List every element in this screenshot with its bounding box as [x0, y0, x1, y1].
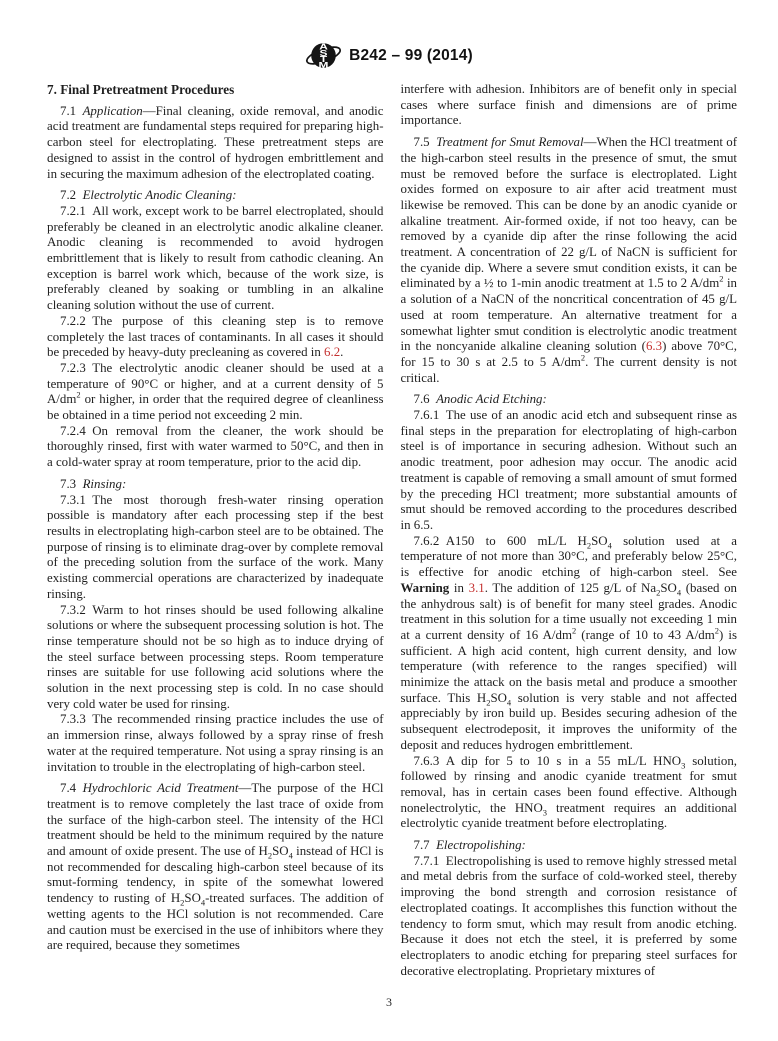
paragraph: 7.3.3 The recommended rinsing practice i… — [47, 712, 384, 775]
subsection-heading: 7.7 Electropolishing: — [401, 838, 738, 854]
text-run: 7.2 — [60, 188, 83, 202]
text-run: 7.3.3 The recommended rinsing practice i… — [47, 712, 384, 773]
text-run: 7.3.1 The most thorough fresh-water rins… — [47, 493, 384, 601]
text-run: Rinsing: — [83, 477, 127, 491]
text-run: . — [340, 345, 343, 359]
paragraph: 7.4 Hydrochloric Acid Treatment—The purp… — [47, 781, 384, 954]
paragraph: 7.3.2 Warm to hot rinses should be used … — [47, 603, 384, 713]
text-run: 7. Final Pretreatment Procedures — [47, 82, 234, 97]
paragraph: 7.6.2 A150 to 600 mL/L H2SO4 solution us… — [401, 534, 738, 754]
text-run: Anodic Acid Etching: — [436, 392, 547, 406]
text-run: Electrolytic Anodic Cleaning: — [83, 188, 237, 202]
text-run: or higher, in order that the required de… — [47, 392, 384, 422]
paragraph: 7.2.3 The electrolytic anodic cleaner sh… — [47, 361, 384, 424]
text-run: Warning — [401, 581, 450, 595]
text-run: Electropolishing: — [436, 838, 526, 852]
document-header: A S T M B242 – 99 (2014) — [0, 0, 778, 71]
two-column-body: 7. Final Pretreatment Procedures7.1 Appl… — [0, 82, 778, 979]
text-run: SO — [490, 691, 506, 705]
text-run: 7.2.1 All work, except work to be barrel… — [47, 204, 384, 312]
paragraph: 7.6.3 A dip for 5 to 10 s in a 55 mL/L H… — [401, 754, 738, 833]
standard-designation: B242 – 99 (2014) — [349, 47, 473, 65]
text-run: . The addition of 125 g/L of Na — [485, 581, 656, 595]
text-run: 7.4 — [60, 781, 83, 795]
section-ref-link[interactable]: 6.2 — [324, 345, 340, 359]
text-run: SO — [184, 891, 200, 905]
section-ref-link[interactable]: 6.3 — [646, 339, 662, 353]
text-run: 7.7.1 Electropolishing is used to remove… — [401, 854, 738, 978]
text-run: 7.5 — [414, 135, 437, 149]
text-run: SO — [660, 581, 676, 595]
text-run: 7.6.1 The use of an anodic acid etch and… — [401, 408, 738, 532]
right-column: interfere with adhesion. Inhibitors are … — [401, 82, 738, 979]
paragraph: 7.2.2 The purpose of this cleaning step … — [47, 314, 384, 361]
paragraph: 7.7.1 Electropolishing is used to remove… — [401, 854, 738, 980]
paragraph: 7.1 Application—Final cleaning, oxide re… — [47, 104, 384, 183]
paragraph: 7.2.1 All work, except work to be barrel… — [47, 204, 384, 314]
subsection-heading: 7.3 Rinsing: — [47, 477, 384, 493]
paragraph: 7.6.1 The use of an anodic acid etch and… — [401, 408, 738, 534]
text-run: 7.3 — [60, 477, 83, 491]
left-column: 7. Final Pretreatment Procedures7.1 Appl… — [47, 82, 384, 979]
text-run: interfere with adhesion. Inhibitors are … — [401, 82, 738, 127]
astm-logo-icon: A S T M — [305, 40, 342, 71]
text-run: 7.6 — [414, 392, 437, 406]
paragraph: 7.2.4 On removal from the cleaner, the w… — [47, 424, 384, 471]
section-7-heading: 7. Final Pretreatment Procedures — [47, 82, 384, 98]
text-run: 7.6.2 A150 to 600 mL/L H — [414, 534, 587, 548]
text-run: in — [449, 581, 468, 595]
text-run: —When the HCl treatment of the high-carb… — [401, 135, 738, 290]
page-number: 3 — [0, 995, 778, 1010]
logo-letter: M — [319, 62, 329, 71]
text-run: 7.2.4 On removal from the cleaner, the w… — [47, 424, 384, 469]
document-page: A S T M B242 – 99 (2014) 7. Final Pretre… — [0, 0, 778, 1041]
text-run: 7.7 — [414, 838, 437, 852]
text-run: 7.1 — [60, 104, 83, 118]
text-run: Application — [83, 104, 143, 118]
text-run: SO — [272, 844, 288, 858]
subsection-heading: 7.6 Anodic Acid Etching: — [401, 392, 738, 408]
text-run: SO — [591, 534, 607, 548]
text-run: 7.3.2 Warm to hot rinses should be used … — [47, 603, 384, 711]
text-run: (range of 10 to 43 A/dm — [576, 628, 715, 642]
text-run: Treatment for Smut Removal — [436, 135, 584, 149]
paragraph: 7.5 Treatment for Smut Removal—When the … — [401, 135, 738, 386]
paragraph-continuation: interfere with adhesion. Inhibitors are … — [401, 82, 738, 129]
subsection-heading: 7.2 Electrolytic Anodic Cleaning: — [47, 188, 384, 204]
text-run: 7.6.3 A dip for 5 to 10 s in a 55 mL/L H… — [414, 754, 682, 768]
text-run: Hydrochloric Acid Treatment — [83, 781, 239, 795]
section-ref-link[interactable]: 3.1 — [469, 581, 485, 595]
paragraph: 7.3.1 The most thorough fresh-water rins… — [47, 493, 384, 603]
